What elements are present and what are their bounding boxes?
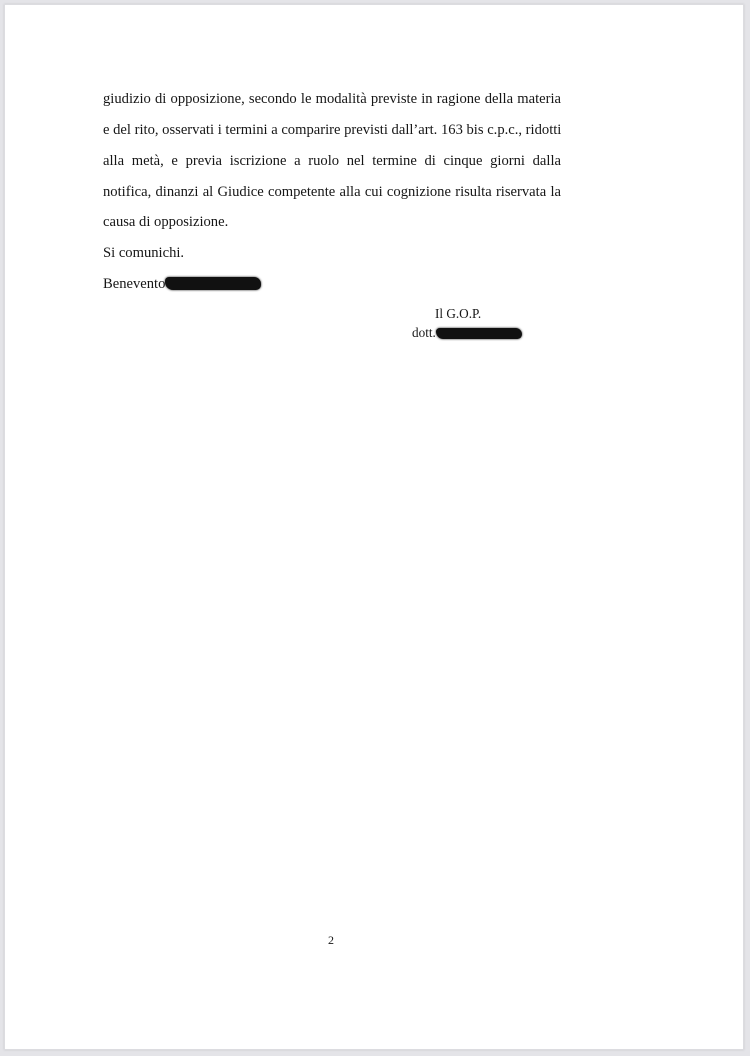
body-line-3: alla metà, e previa iscrizione a ruolo n… <box>103 152 561 170</box>
signature-line: dott. <box>412 325 522 341</box>
body-line-2: e del rito, osservati i termini a compar… <box>103 121 561 139</box>
place-name: Benevento <box>103 276 165 292</box>
place-date: Benevento <box>103 275 261 293</box>
document-page: giudizio di opposizione, secondo le moda… <box>4 4 744 1050</box>
signature-prefix: dott. <box>412 325 436 340</box>
body-line-4: notifica, dinanzi al Giudice competente … <box>103 183 561 201</box>
body-line-1: giudizio di opposizione, secondo le moda… <box>103 90 561 108</box>
redacted-date <box>165 277 261 290</box>
signature-title: Il G.O.P. <box>435 306 481 322</box>
page-number: 2 <box>328 933 334 948</box>
redacted-signature-name <box>436 328 522 339</box>
body-line-5: causa di opposizione. <box>103 213 228 231</box>
closing-text: Si comunichi. <box>103 244 184 262</box>
